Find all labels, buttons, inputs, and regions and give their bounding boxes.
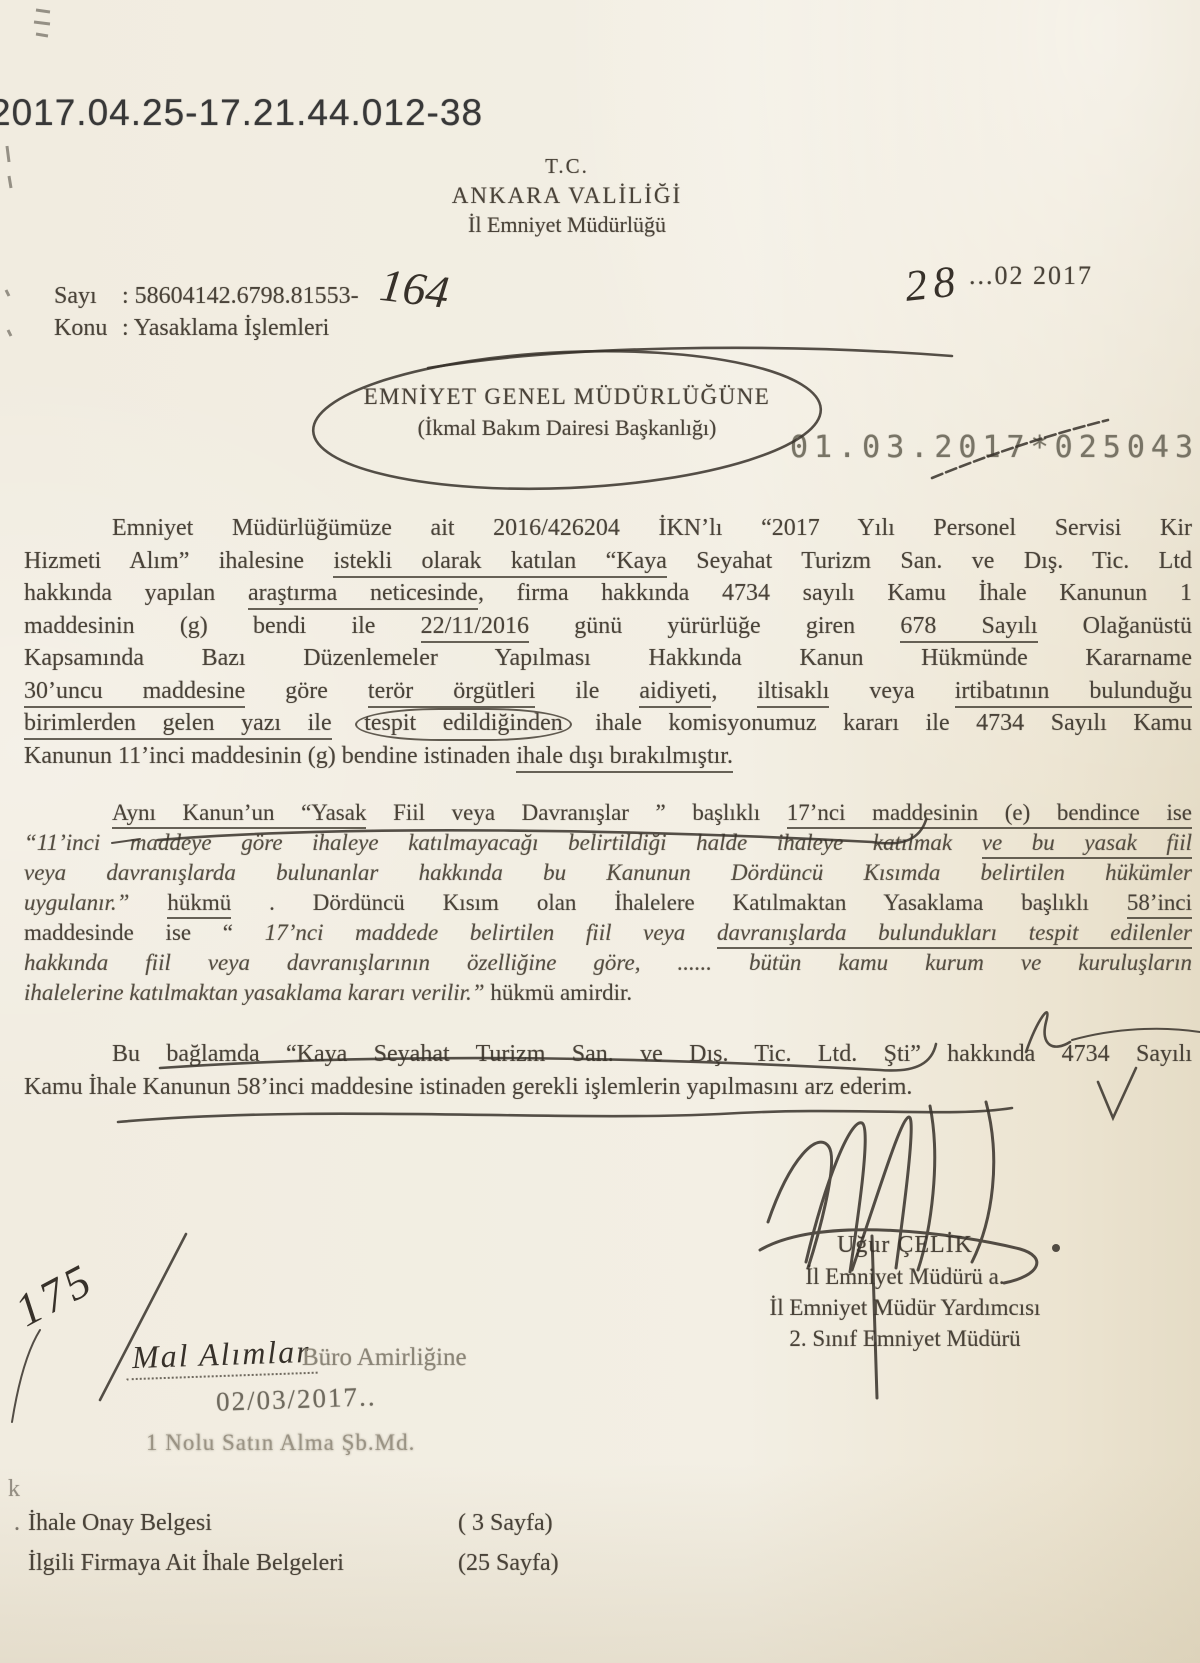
text-line: Kamu İhale Kanunun 58’inci maddesine ist… [24, 1071, 1192, 1104]
routing-date-stamp: 02/03/2017.. [216, 1381, 377, 1418]
konu-value: Yasaklama İşlemleri [134, 315, 330, 341]
attachment-prefix [14, 1550, 28, 1577]
attachment-pages: ( 3 Sayfa) [458, 1510, 553, 1537]
text-line: Kapsamında Bazı Düzenlemeler Yapılması H… [24, 642, 1192, 675]
attachment-item: . İhale Onay Belgesi ( 3 Sayfa) [14, 1510, 654, 1537]
text-line: ihalelerine katılmaktan yasaklama kararı… [24, 978, 1192, 1008]
signer-title-2: İl Emniyet Müdür Yardımcısı [690, 1292, 1120, 1323]
text-line: “11’inci maddeye göre ihaleye katılmayac… [24, 828, 1192, 858]
signer-title-1: İl Emniyet Müdürü a. [690, 1261, 1120, 1292]
sayi-label: Sayı [54, 280, 116, 312]
routing-office-stamp: Büro Amirliğine [302, 1344, 467, 1372]
scan-timestamp-code: 2017.04.25-17.21.44.012-38 [0, 92, 483, 134]
signer-title-3: 2. Sınıf Emniyet Müdürü [690, 1323, 1120, 1354]
text-line: Aynı Kanun’un “Yasak Fiil veya Davranışl… [24, 798, 1192, 828]
text-line: maddesinin (g) bendi ile 22/11/2016 günü… [24, 610, 1192, 643]
text-line: Emniyet Müdürlüğümüze ait 2016/426204 İK… [24, 512, 1192, 545]
recipient-address: EMNİYET GENEL MÜDÜRLÜĞÜNE (İkmal Bakım D… [330, 384, 804, 441]
attachments-ek-label: k [8, 1476, 20, 1503]
text-line: 30’uncu maddesine göre terör örgütleri i… [24, 675, 1192, 708]
signer-name: Uğur ÇELİK [690, 1230, 1120, 1261]
signature-block: Uğur ÇELİK İl Emniyet Müdürü a. İl Emniy… [690, 1230, 1120, 1354]
paragraph-1: Emniyet Müdürlüğümüze ait 2016/426204 İK… [24, 512, 1192, 772]
letterhead-governorship: ANKARA VALİLİĞİ [317, 181, 817, 210]
sayi-value: 58604142.6798.81553- [135, 283, 359, 309]
registry-date-stamp: 01.03.2017*025043 [790, 430, 1199, 465]
handwritten-routing-number: 175 [6, 1252, 102, 1337]
attachments-list: k . İhale Onay Belgesi ( 3 Sayfa) İlgili… [8, 1476, 20, 1503]
text-line: veya davranışlarda bulunanlar hakkında b… [24, 858, 1192, 888]
recipient-line1: EMNİYET GENEL MÜDÜRLÜĞÜNE [330, 384, 804, 410]
routing-unit-stamp: 1 Nolu Satın Alma Şb.Md. [146, 1430, 415, 1456]
handwritten-date-day: 28 [902, 255, 963, 312]
sayi-line: Sayı : 58604142.6798.81553- [54, 280, 359, 312]
recipient-line2: (İkmal Bakım Dairesi Başkanlığı) [330, 415, 804, 441]
text-line: Hizmeti Alım” ihalesine istekli olarak k… [24, 545, 1192, 578]
letterhead: T.C. ANKARA VALİLİĞİ İl Emniyet Müdürlüğ… [317, 152, 817, 239]
attachment-name: İlgili Firmaya Ait İhale Belgeleri [28, 1550, 458, 1577]
attachment-name: İhale Onay Belgesi [28, 1510, 458, 1537]
konu-separator: : [122, 315, 129, 341]
text-line: birimlerden gelen yazı ile tespit edildi… [24, 707, 1192, 740]
date-rest: ...02 2017 [969, 261, 1093, 291]
konu-label: Konu [54, 312, 116, 344]
document-meta: Sayı : 58604142.6798.81553- Konu : Yasak… [54, 280, 359, 344]
pen-underline-para3 [118, 1108, 1012, 1122]
handwritten-routing-note: Mal Alımlar [125, 1333, 317, 1381]
attachment-item: İlgili Firmaya Ait İhale Belgeleri (25 S… [14, 1550, 654, 1577]
text-line: hakkında yapılan araştırma neticesinde, … [24, 577, 1192, 610]
handwritten-document-number: 164 [377, 258, 452, 319]
text-line: Kanunun 11’inci maddesinin (g) bendine i… [24, 740, 1192, 773]
letterhead-directorate: İl Emniyet Müdürlüğü [317, 210, 817, 239]
scanned-document-page: 2017.04.25-17.21.44.012-38 T.C. ANKARA V… [0, 0, 1200, 1663]
konu-line: Konu : Yasaklama İşlemleri [54, 312, 359, 344]
text-line: maddesinde ise “ 17’nci maddede belirtil… [24, 918, 1192, 948]
letterhead-tc: T.C. [317, 152, 817, 181]
text-line: Bu bağlamda “Kaya Seyahat Turizm San. ve… [24, 1038, 1192, 1071]
scan-edge-artifacts [6, 10, 50, 336]
attachment-prefix: . [14, 1510, 28, 1537]
text-line: uygulanır.” hükmü . Dördüncü Kısım olan … [24, 888, 1192, 918]
text-line: hakkında fiil veya davranışlarının özell… [24, 948, 1192, 978]
attachment-pages: (25 Sayfa) [458, 1550, 559, 1577]
paragraph-2: Aynı Kanun’un “Yasak Fiil veya Davranışl… [24, 798, 1192, 1008]
paragraph-3: Bu bağlamda “Kaya Seyahat Turizm San. ve… [24, 1038, 1192, 1104]
date-block: 28 ...02 2017 [905, 258, 1093, 309]
sayi-separator: : [122, 283, 129, 309]
